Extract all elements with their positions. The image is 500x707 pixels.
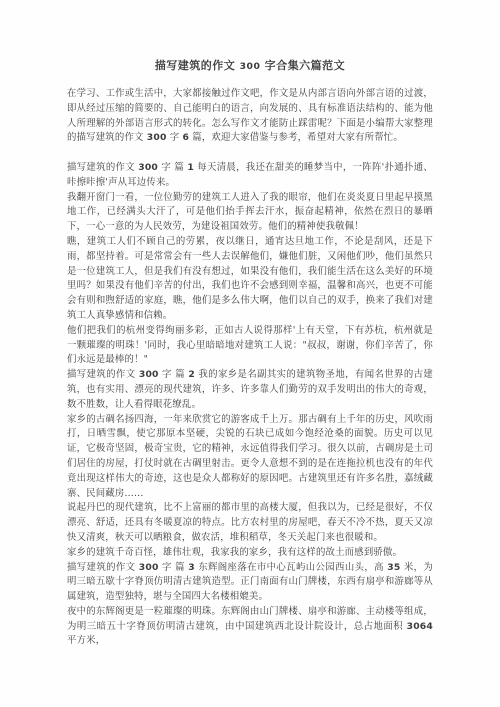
document-page: 描写建筑的作文 300 字合集六篇范文 在学习、工作或生活中，大家都接触过作文吧… [0, 0, 500, 707]
paragraph: 夜中的东辉阁更是一粒璀璨的明珠。东辉阁由山门牌楼、扇亭和游廊、主动楼等组成，为明… [67, 605, 433, 649]
paragraph: 在学习、工作或生活中，大家都接触过作文吧，作文是从内部言语向外部言语的过渡，即从… [67, 87, 433, 146]
paragraph: 瞧，建筑工人们不顾自己的劳累，夜以继日，通宵达旦地工作，不论是刮风，还是下雨，都… [67, 235, 433, 324]
paragraph: 说起丹巴的现代建筑，比不上富丽的都市里的高楼大厦，但我以为，已经是很好，不仅漂亮… [67, 501, 433, 545]
document-title: 描写建筑的作文 300 字合集六篇范文 [0, 0, 500, 74]
paragraph: 我翻开窗门一看，一位位勤劳的建筑工人进入了我的眼帘，他们在炎炎夏日里起早摸黑地工… [67, 191, 433, 235]
paragraph: 描写建筑的作文 300 字 篇 2 我的家乡是名副其实的建筑物圣地，有闻名世界的… [67, 368, 433, 412]
paragraph: 家乡的古碉名扬四海，一年来欣赏它的游客成千上万。那古碉有上千年的历史，风吹雨打，… [67, 413, 433, 502]
paragraph: 他们把我们的杭州变得绚丽多彩，正如古人说得那样'上有天堂，下有苏杭，杭州就是一颗… [67, 324, 433, 368]
document-body: 在学习、工作或生活中，大家都接触过作文吧，作文是从内部言语向外部言语的过渡，即从… [67, 87, 433, 649]
paragraph: 描写建筑的作文 300 字 篇 1 每天清晨，我还在甜美的睡梦当中，一阵阵'扑通… [67, 161, 433, 191]
paragraph: 描写建筑的作文 300 字 篇 3 东辉阁座落在市中心瓦屿山公园西山头，高 35… [67, 561, 433, 605]
paragraph: 家乡的建筑千奇百怪，雄伟壮观，我家我的家乡，我有这样的故土而感到骄傲。 [67, 546, 433, 561]
